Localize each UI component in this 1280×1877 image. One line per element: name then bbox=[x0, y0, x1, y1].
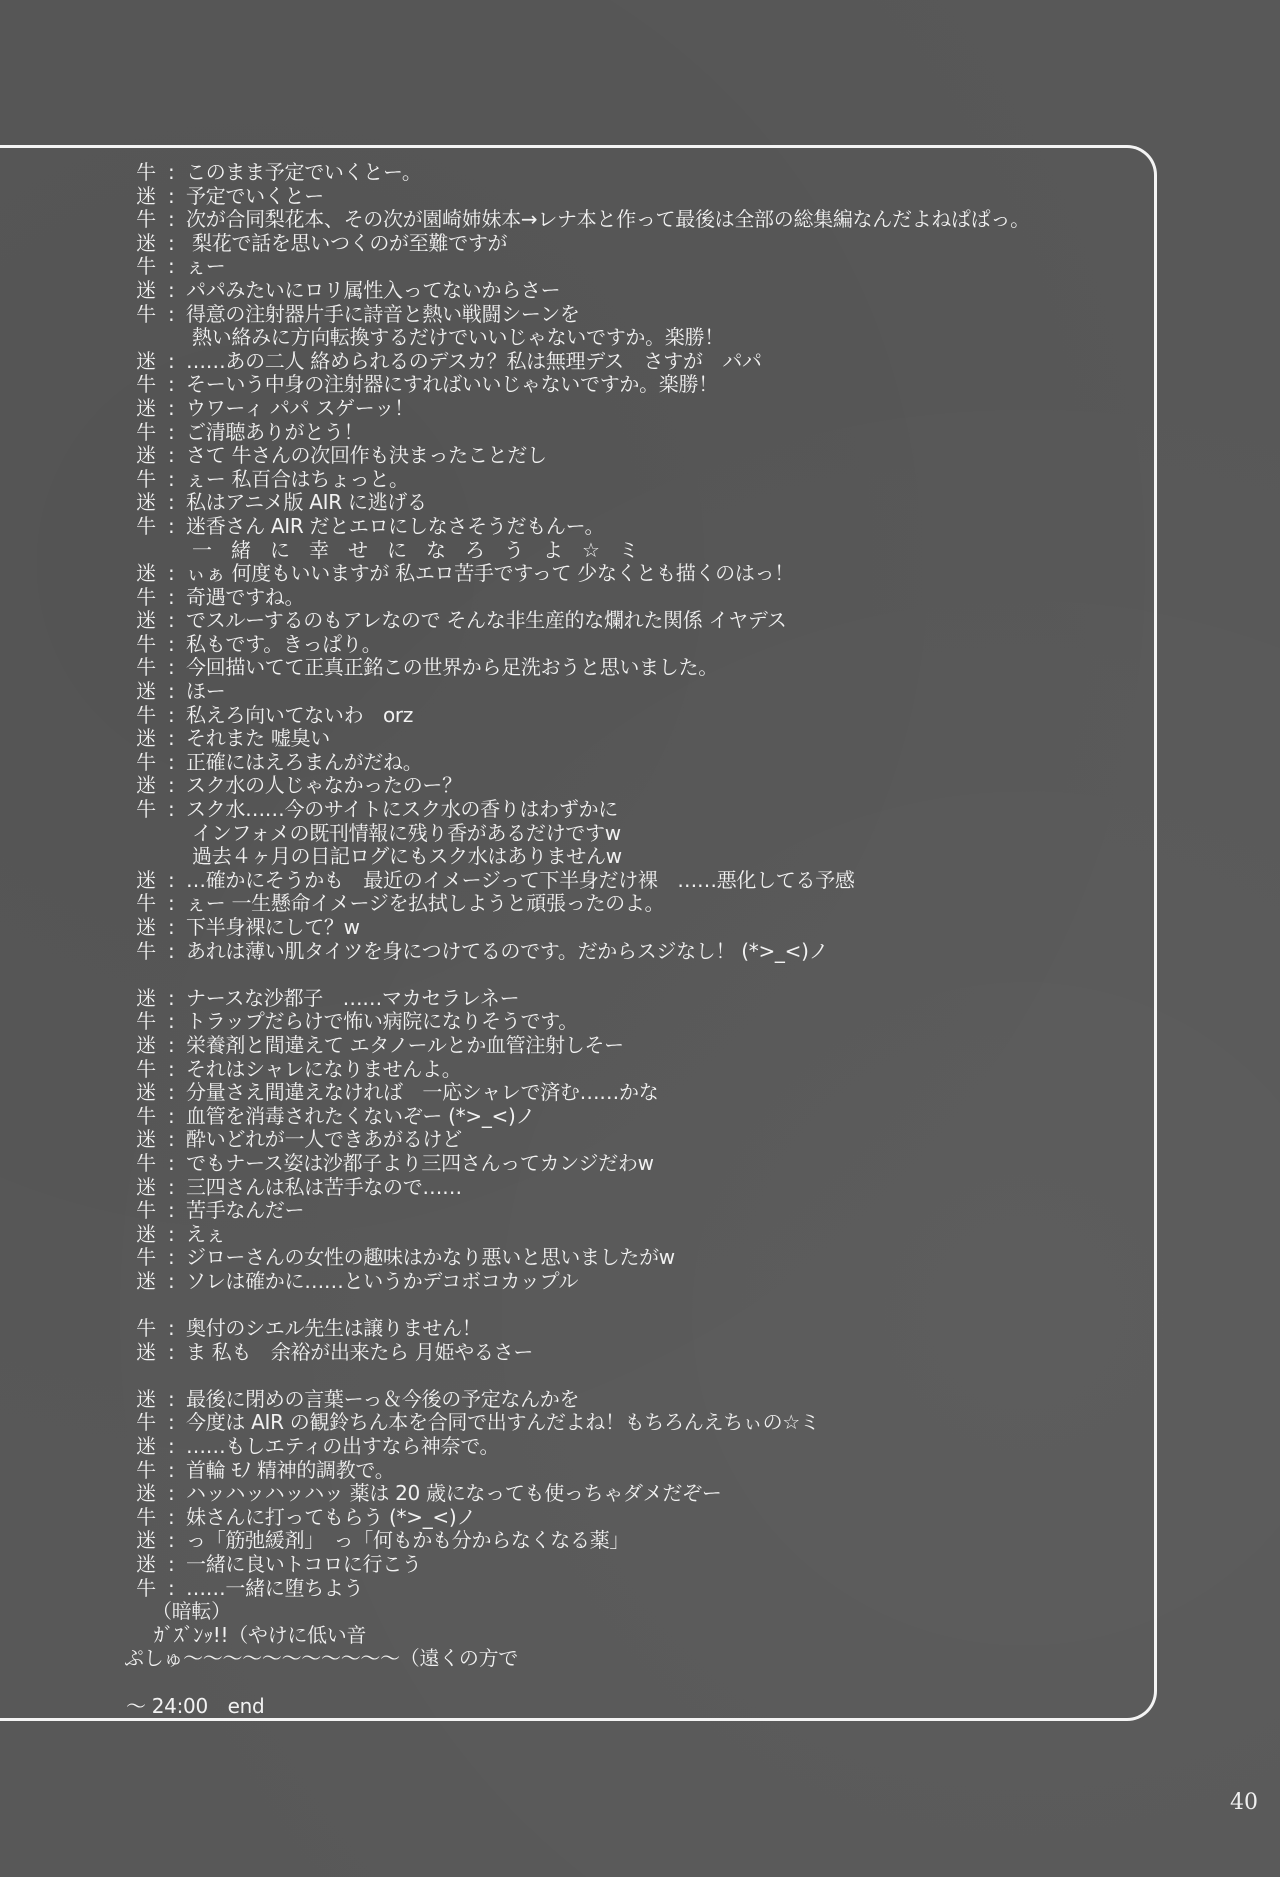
speaker-colon: : bbox=[168, 1081, 186, 1105]
dialogue-line: 一緒に幸せになろうよ☆ミ bbox=[124, 539, 1144, 563]
speaker-colon: : bbox=[168, 185, 186, 209]
speaker-label: 迷 bbox=[124, 987, 168, 1011]
dialogue-line: 迷:ソレは確かに……というかデコボコカップル bbox=[124, 1270, 1144, 1294]
dialogue-text: 得意の注射器片手に詩音と熱い戦闘シーンを bbox=[186, 303, 580, 327]
dialogue-text: スク水の人じゃなかったのー？ bbox=[186, 774, 462, 798]
speaker-label: 迷 bbox=[124, 1034, 168, 1058]
speaker-label: 牛 bbox=[124, 303, 168, 327]
dialogue-line: 牛:今度は AIR の観鈴ちん本を合同で出すんだよね！もちろんえちぃの☆ミ bbox=[124, 1411, 1144, 1435]
speaker-label: 迷 bbox=[124, 350, 168, 374]
speaker-colon: : bbox=[168, 1152, 186, 1176]
speaker-label: 牛 bbox=[124, 1105, 168, 1129]
speaker-label: 迷 bbox=[124, 279, 168, 303]
speaker-label: 牛 bbox=[124, 1152, 168, 1176]
speaker-label: 迷 bbox=[124, 680, 168, 704]
speaker-colon: : bbox=[168, 397, 186, 421]
speaker-colon: : bbox=[168, 161, 186, 185]
speaker-colon: : bbox=[168, 350, 186, 374]
blank-line bbox=[124, 1364, 1144, 1388]
speaker-colon: : bbox=[168, 279, 186, 303]
speaker-label: 牛 bbox=[124, 892, 168, 916]
dialogue-text: 酔いどれが一人できあがるけど bbox=[186, 1128, 462, 1152]
dialogue-text: ハッハッハッハッ 薬は 20 歳になっても使っちゃダメだぞー bbox=[186, 1482, 722, 1506]
dialogue-text: 栄養剤と間違えて エタノールとか血管注射しそー bbox=[186, 1034, 624, 1058]
speaker-colon: : bbox=[168, 1529, 186, 1553]
speaker-colon: : bbox=[168, 468, 186, 492]
speaker-colon: : bbox=[168, 1506, 186, 1530]
speaker-colon: : bbox=[168, 680, 186, 704]
dialogue-line: 迷:…確かにそうかも 最近のイメージって下半身だけ裸 ……悪化してる予感 bbox=[124, 869, 1144, 893]
speaker-colon: : bbox=[168, 1577, 186, 1601]
dialogue-text: 梨花で話を思いつくのが至難ですが bbox=[186, 232, 507, 256]
speaker-colon: : bbox=[168, 1199, 186, 1223]
chat-transcript: 牛:このまま予定でいくとー。迷:予定でいくとー牛:次が合同梨花本、その次が園崎姉… bbox=[124, 161, 1144, 1718]
speaker-label: 迷 bbox=[124, 1270, 168, 1294]
dialogue-text: …確かにそうかも 最近のイメージって下半身だけ裸 ……悪化してる予感 bbox=[186, 869, 855, 893]
speaker-colon: : bbox=[168, 916, 186, 940]
dialogue-line: 迷:……あの二人 絡められるのデスカ？私は無理デス さすが パパ bbox=[124, 350, 1144, 374]
dialogue-line: 牛:スク水……今のサイトにスク水の香りはわずかに bbox=[124, 798, 1144, 822]
speaker-colon: : bbox=[168, 1270, 186, 1294]
speaker-colon: : bbox=[168, 1482, 186, 1506]
dialogue-line: 迷:えぇ bbox=[124, 1223, 1144, 1247]
dialogue-line: 迷:最後に閉めの言葉ーっ＆今後の予定なんかを bbox=[124, 1388, 1144, 1412]
speaker-colon: : bbox=[168, 1105, 186, 1129]
dialogue-line: 迷:……もしエティの出すなら神奈で。 bbox=[124, 1435, 1144, 1459]
speaker-colon: : bbox=[168, 1317, 186, 1341]
dialogue-line: インフォメの既刊情報に残り香があるだけですw bbox=[124, 822, 1144, 846]
dialogue-text: ご清聴ありがとう！ bbox=[186, 421, 363, 445]
dialogue-text: 奥付のシエル先生は譲りません！ bbox=[186, 1317, 482, 1341]
dialogue-text: あれは薄い肌タイツを身につけてるのです。だからスジなし！ (*>_<)ノ bbox=[186, 940, 828, 964]
dialogue-line: 牛:迷香さん AIR だとエロにしなさそうだもんー。 bbox=[124, 515, 1144, 539]
speaker-colon: : bbox=[168, 987, 186, 1011]
dialogue-text: 私えろ向いてないわ orz bbox=[186, 704, 413, 728]
speaker-colon: : bbox=[168, 1246, 186, 1270]
dialogue-text: 下半身裸にして？w bbox=[186, 916, 360, 940]
dialogue-text: ぇー 一生懸命イメージを払拭しようと頑張ったのよ。 bbox=[186, 892, 664, 916]
dialogue-text: ……もしエティの出すなら神奈で。 bbox=[186, 1435, 499, 1459]
end-timestamp: 〜 24:00 end bbox=[124, 1695, 1144, 1719]
dialogue-line: 迷:それまた 嘘臭い bbox=[124, 727, 1144, 751]
speaker-colon: : bbox=[168, 1128, 186, 1152]
page-number: 40 bbox=[1230, 1790, 1258, 1815]
dialogue-line: 牛:あれは薄い肌タイツを身につけてるのです。だからスジなし！ (*>_<)ノ bbox=[124, 940, 1144, 964]
speaker-colon: : bbox=[168, 303, 186, 327]
dialogue-line: 迷:さて 牛さんの次回作も決まったことだし bbox=[124, 444, 1144, 468]
speaker-label: 牛 bbox=[124, 421, 168, 445]
dialogue-line: 迷:一緒に良いトコロに行こう bbox=[124, 1553, 1144, 1577]
dialogue-line: 牛:それはシャレになりませんよ。 bbox=[124, 1058, 1144, 1082]
speaker-label: 迷 bbox=[124, 1176, 168, 1200]
speaker-colon: : bbox=[168, 774, 186, 798]
dialogue-text: 妹さんに打ってもらう (*>_<)ノ bbox=[186, 1506, 476, 1530]
dialogue-line: 牛:私もです。きっぱり。 bbox=[124, 633, 1144, 657]
speaker-label: 牛 bbox=[124, 656, 168, 680]
speaker-colon: : bbox=[168, 1034, 186, 1058]
dialogue-continuation: 過去４ヶ月の日記ログにもスク水はありませんw bbox=[192, 845, 622, 869]
speaker-label: 牛 bbox=[124, 468, 168, 492]
dialogue-text: 苦手なんだー bbox=[186, 1199, 304, 1223]
dialogue-line: 迷:ハッハッハッハッ 薬は 20 歳になっても使っちゃダメだぞー bbox=[124, 1482, 1144, 1506]
dialogue-text: 分量さえ間違えなければ 一応シャレで済む……かな bbox=[186, 1081, 658, 1105]
dialogue-line: 牛:ぇー bbox=[124, 255, 1144, 279]
dialogue-text: 次が合同梨花本、その次が園崎姉妹本→レナ本と作って最後は全部の総集編なんだよねぱ… bbox=[186, 208, 1030, 232]
dialogue-text: ジローさんの女性の趣味はかなり悪いと思いましたがw bbox=[186, 1246, 675, 1270]
dialogue-text: 迷香さん AIR だとエロにしなさそうだもんー。 bbox=[186, 515, 604, 539]
speaker-label: 迷 bbox=[124, 1341, 168, 1365]
dialogue-line: 牛:でもナース姿は沙都子より三四さんってカンジだわw bbox=[124, 1152, 1144, 1176]
speaker-colon: : bbox=[168, 515, 186, 539]
speaker-label: 牛 bbox=[124, 161, 168, 185]
dialogue-line: 迷:私はアニメ版 AIR に逃げる bbox=[124, 491, 1144, 515]
dialogue-text: 正確にはえろまんがだね。 bbox=[186, 751, 422, 775]
speaker-colon: : bbox=[168, 1411, 186, 1435]
dialogue-line: 牛:ご清聴ありがとう！ bbox=[124, 421, 1144, 445]
speaker-label: 牛 bbox=[124, 208, 168, 232]
speaker-label: 迷 bbox=[124, 397, 168, 421]
speaker-colon: : bbox=[168, 1459, 186, 1483]
stage-direction-crash: ｶﾞｽﾞﾝｯ!!（やけに低い音 bbox=[124, 1624, 1144, 1648]
speaker-label: 迷 bbox=[124, 869, 168, 893]
dialogue-text: えぇ bbox=[186, 1223, 225, 1247]
dialogue-line: 牛:ぇー 私百合はちょっと。 bbox=[124, 468, 1144, 492]
dialogue-line: 牛:トラップだらけで怖い病院になりそうです。 bbox=[124, 1010, 1144, 1034]
dialogue-line: 牛:苦手なんだー bbox=[124, 1199, 1144, 1223]
dialogue-text: ナースな沙都子 ……マカセラレネー bbox=[186, 987, 519, 1011]
dialogue-line: 牛:このまま予定でいくとー。 bbox=[124, 161, 1144, 185]
speaker-colon: : bbox=[168, 609, 186, 633]
dialogue-text: 一緒に良いトコロに行こう bbox=[186, 1553, 422, 1577]
speaker-label: 迷 bbox=[124, 774, 168, 798]
dialogue-line: 牛:私えろ向いてないわ orz bbox=[124, 704, 1144, 728]
dialogue-text: 三四さんは私は苦手なので…… bbox=[186, 1176, 462, 1200]
speaker-colon: : bbox=[168, 1388, 186, 1412]
speaker-label: 牛 bbox=[124, 1246, 168, 1270]
speaker-label: 牛 bbox=[124, 704, 168, 728]
dialogue-text: 予定でいくとー bbox=[186, 185, 324, 209]
dialogue-text: ま 私も 余裕が出来たら 月姫やるさー bbox=[186, 1341, 533, 1365]
dialogue-line: 迷:スク水の人じゃなかったのー？ bbox=[124, 774, 1144, 798]
dialogue-text: ほー bbox=[186, 680, 225, 704]
speaker-label: 迷 bbox=[124, 1388, 168, 1412]
dialogue-text: 血管を消毒されたくないぞー (*>_<)ノ bbox=[186, 1105, 535, 1129]
speaker-colon: : bbox=[168, 444, 186, 468]
speaker-colon: : bbox=[168, 1553, 186, 1577]
speaker-label: 牛 bbox=[124, 1317, 168, 1341]
dialogue-line: 迷:ま 私も 余裕が出来たら 月姫やるさー bbox=[124, 1341, 1144, 1365]
dialogue-text: 今度は AIR の観鈴ちん本を合同で出すんだよね！もちろんえちぃの☆ミ bbox=[186, 1411, 820, 1435]
speaker-label: 迷 bbox=[124, 1529, 168, 1553]
dialogue-line: 迷:分量さえ間違えなければ 一応シャレで済む……かな bbox=[124, 1081, 1144, 1105]
dialogue-line: 牛:ぇー 一生懸命イメージを払拭しようと頑張ったのよ。 bbox=[124, 892, 1144, 916]
dialogue-line: 牛:奇遇ですね。 bbox=[124, 586, 1144, 610]
dialogue-line: 牛:次が合同梨花本、その次が園崎姉妹本→レナ本と作って最後は全部の総集編なんだよ… bbox=[124, 208, 1144, 232]
dialogue-continuation: インフォメの既刊情報に残り香があるだけですw bbox=[192, 822, 621, 846]
dialogue-text: ……あの二人 絡められるのデスカ？私は無理デス さすが パパ bbox=[186, 350, 762, 374]
speaker-label: 牛 bbox=[124, 798, 168, 822]
speaker-label: 牛 bbox=[124, 633, 168, 657]
dialogue-text: っ「筋弛緩剤」 っ「何もかも分からなくなる薬」 bbox=[186, 1529, 629, 1553]
speaker-colon: : bbox=[168, 562, 186, 586]
dialogue-line: 迷:っ「筋弛緩剤」 っ「何もかも分からなくなる薬」 bbox=[124, 1529, 1144, 1553]
speaker-label: 迷 bbox=[124, 491, 168, 515]
speaker-colon: : bbox=[168, 656, 186, 680]
dialogue-line: 牛:正確にはえろまんがだね。 bbox=[124, 751, 1144, 775]
speaker-colon: : bbox=[168, 727, 186, 751]
dialogue-text: ぇー 私百合はちょっと。 bbox=[186, 468, 409, 492]
speaker-label: 牛 bbox=[124, 515, 168, 539]
dialogue-continuation: 一緒に幸せになろうよ☆ミ bbox=[192, 539, 658, 563]
speaker-colon: : bbox=[168, 940, 186, 964]
speaker-label: 牛 bbox=[124, 751, 168, 775]
speaker-label: 迷 bbox=[124, 1223, 168, 1247]
speaker-label: 迷 bbox=[124, 562, 168, 586]
dialogue-line: 迷:三四さんは私は苦手なので…… bbox=[124, 1176, 1144, 1200]
dialogue-line: 迷:でスルーするのもアレなので そんな非生産的な爛れた関係 イヤデス bbox=[124, 609, 1144, 633]
speaker-label: 迷 bbox=[124, 185, 168, 209]
dialogue-text: 奇遇ですね。 bbox=[186, 586, 304, 610]
dialogue-line: 迷:パパみたいにロリ属性入ってないからさー bbox=[124, 279, 1144, 303]
speaker-label: 迷 bbox=[124, 1553, 168, 1577]
dialogue-text: 私もです。きっぱり。 bbox=[186, 633, 381, 657]
dialogue-line: 過去４ヶ月の日記ログにもスク水はありませんw bbox=[124, 845, 1144, 869]
speaker-label: 牛 bbox=[124, 586, 168, 610]
stage-direction-hiss: ぷしゅ〜〜〜〜〜〜〜〜〜〜〜（遠くの方で bbox=[124, 1647, 1144, 1671]
dialogue-line: 迷:下半身裸にして？w bbox=[124, 916, 1144, 940]
dialogue-line: 迷:ウワーィ パパ スゲーッ！ bbox=[124, 397, 1144, 421]
speaker-colon: : bbox=[168, 1058, 186, 1082]
speaker-colon: : bbox=[168, 586, 186, 610]
dialogue-line: 迷:予定でいくとー bbox=[124, 185, 1144, 209]
dialogue-line: 迷:ぃぁ 何度もいいますが 私エロ苦手ですって 少なくとも描くのはっ！ bbox=[124, 562, 1144, 586]
blank-line bbox=[124, 1294, 1144, 1318]
dialogue-text: このまま予定でいくとー。 bbox=[186, 161, 422, 185]
speaker-colon: : bbox=[168, 751, 186, 775]
speaker-colon: : bbox=[168, 1176, 186, 1200]
speaker-label: 牛 bbox=[124, 1577, 168, 1601]
dialogue-text: 私はアニメ版 AIR に逃げる bbox=[186, 491, 427, 515]
dialogue-text: 首輪 ﾓﾉ 精神的調教で。 bbox=[186, 1459, 394, 1483]
speaker-label: 迷 bbox=[124, 1081, 168, 1105]
dialogue-line: 牛:今回描いてて正真正銘この世界から足洗おうと思いました。 bbox=[124, 656, 1144, 680]
dialogue-text: 最後に閉めの言葉ーっ＆今後の予定なんかを bbox=[186, 1388, 579, 1412]
dialogue-line: 牛:首輪 ﾓﾉ 精神的調教で。 bbox=[124, 1459, 1144, 1483]
dialogue-line: 熱い絡みに方向転換するだけでいいじゃないですか。楽勝！ bbox=[124, 326, 1144, 350]
speaker-label: 迷 bbox=[124, 1435, 168, 1459]
speaker-colon: : bbox=[168, 1010, 186, 1034]
speaker-label: 牛 bbox=[124, 1411, 168, 1435]
speaker-colon: : bbox=[168, 232, 186, 256]
speaker-label: 牛 bbox=[124, 1506, 168, 1530]
speaker-colon: : bbox=[168, 491, 186, 515]
speaker-colon: : bbox=[168, 633, 186, 657]
speaker-colon: : bbox=[168, 255, 186, 279]
dialogue-line: 迷: 梨花で話を思いつくのが至難ですが bbox=[124, 232, 1144, 256]
dialogue-continuation: 熱い絡みに方向転換するだけでいいじゃないですか。楽勝！ bbox=[192, 326, 724, 350]
dialogue-line: 迷:栄養剤と間違えて エタノールとか血管注射しそー bbox=[124, 1034, 1144, 1058]
speaker-colon: : bbox=[168, 704, 186, 728]
speaker-label: 迷 bbox=[124, 1128, 168, 1152]
dialogue-text: 今回描いてて正真正銘この世界から足洗おうと思いました。 bbox=[186, 656, 718, 680]
dialogue-line: 迷:ほー bbox=[124, 680, 1144, 704]
speaker-label: 迷 bbox=[124, 444, 168, 468]
dialogue-line: 牛:血管を消毒されたくないぞー (*>_<)ノ bbox=[124, 1105, 1144, 1129]
dialogue-text: でスルーするのもアレなので そんな非生産的な爛れた関係 イヤデス bbox=[186, 609, 787, 633]
speaker-label: 迷 bbox=[124, 609, 168, 633]
speaker-label: 牛 bbox=[124, 255, 168, 279]
speaker-label: 牛 bbox=[124, 373, 168, 397]
dialogue-text: ぇー bbox=[186, 255, 225, 279]
speaker-label: 牛 bbox=[124, 940, 168, 964]
speaker-label: 迷 bbox=[124, 232, 168, 256]
dialogue-text: パパみたいにロリ属性入ってないからさー bbox=[186, 279, 560, 303]
speaker-label: 牛 bbox=[124, 1199, 168, 1223]
speaker-colon: : bbox=[168, 892, 186, 916]
dialogue-line: 牛:妹さんに打ってもらう (*>_<)ノ bbox=[124, 1506, 1144, 1530]
blank-line bbox=[124, 963, 1144, 987]
dialogue-text: そーいう中身の注射器にすればいいじゃないですか。楽勝！ bbox=[186, 373, 718, 397]
dialogue-line: 牛:そーいう中身の注射器にすればいいじゃないですか。楽勝！ bbox=[124, 373, 1144, 397]
dialogue-line: 迷:酔いどれが一人できあがるけど bbox=[124, 1128, 1144, 1152]
speaker-colon: : bbox=[168, 1223, 186, 1247]
speaker-label: 牛 bbox=[124, 1058, 168, 1082]
dialogue-line: 牛:奥付のシエル先生は譲りません！ bbox=[124, 1317, 1144, 1341]
dialogue-text: さて 牛さんの次回作も決まったことだし bbox=[186, 444, 547, 468]
stage-direction-blackout: （暗転） bbox=[124, 1600, 1144, 1624]
dialogue-text: ……一緒に堕ちよう bbox=[186, 1577, 363, 1601]
speaker-colon: : bbox=[168, 421, 186, 445]
speaker-colon: : bbox=[168, 869, 186, 893]
speaker-colon: : bbox=[168, 208, 186, 232]
dialogue-text: ウワーィ パパ スゲーッ！ bbox=[186, 397, 414, 421]
dialogue-line: 迷:ナースな沙都子 ……マカセラレネー bbox=[124, 987, 1144, 1011]
speaker-label: 迷 bbox=[124, 727, 168, 751]
speaker-colon: : bbox=[168, 373, 186, 397]
dialogue-line: 牛:ジローさんの女性の趣味はかなり悪いと思いましたがw bbox=[124, 1246, 1144, 1270]
speaker-label: 牛 bbox=[124, 1459, 168, 1483]
dialogue-text: トラップだらけで怖い病院になりそうです。 bbox=[186, 1010, 578, 1034]
dialogue-text: それはシャレになりませんよ。 bbox=[186, 1058, 461, 1082]
speaker-colon: : bbox=[168, 1341, 186, 1365]
speaker-colon: : bbox=[168, 798, 186, 822]
dialogue-line: 牛:……一緒に堕ちよう bbox=[124, 1577, 1144, 1601]
dialogue-text: スク水……今のサイトにスク水の香りはわずかに bbox=[186, 798, 618, 822]
speaker-label: 迷 bbox=[124, 1482, 168, 1506]
speaker-label: 迷 bbox=[124, 916, 168, 940]
dialogue-text: ソレは確かに……というかデコボコカップル bbox=[186, 1270, 578, 1294]
speaker-colon: : bbox=[168, 1435, 186, 1459]
dialogue-line: 牛:得意の注射器片手に詩音と熱い戦闘シーンを bbox=[124, 303, 1144, 327]
dialogue-text: ぃぁ 何度もいいますが 私エロ苦手ですって 少なくとも描くのはっ！ bbox=[186, 562, 794, 586]
dialogue-text: でもナース姿は沙都子より三四さんってカンジだわw bbox=[186, 1152, 654, 1176]
speaker-label: 牛 bbox=[124, 1010, 168, 1034]
dialogue-text: それまた 嘘臭い bbox=[186, 727, 330, 751]
